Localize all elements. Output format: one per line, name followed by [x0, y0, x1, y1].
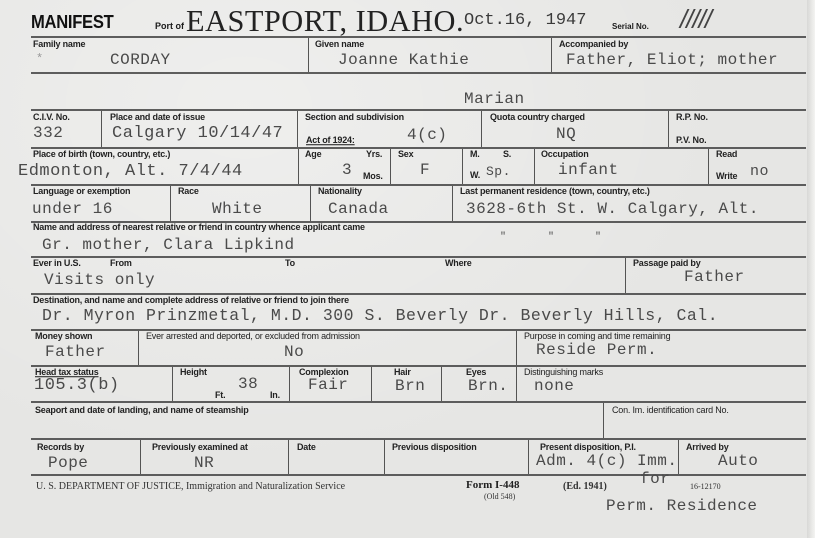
divider [308, 38, 309, 72]
age-label: Age [305, 149, 321, 160]
divider [462, 149, 463, 184]
purpose-value: Reside Perm. [536, 341, 657, 359]
distinguishing-marks-value: none [534, 377, 574, 395]
rp-no-label: R.P. No. [676, 112, 708, 123]
divider [288, 440, 289, 474]
port-value: EASTPORT, IDAHO. [186, 3, 464, 39]
divider [551, 38, 552, 72]
serial-value: ///// [680, 4, 711, 35]
present-disposition-label: Present disposition, P.I. [540, 442, 636, 453]
read-write-value: no [750, 163, 769, 180]
divider [534, 149, 535, 184]
last-residence-label: Last permanent residence (town, country,… [460, 186, 650, 197]
to-label: To [285, 258, 295, 269]
height-label: Height [180, 367, 207, 378]
place-of-birth-label: Place of birth (town, country, etc.) [33, 149, 170, 160]
from-label: From [110, 258, 132, 269]
accompanied-by-continuation: Marian [464, 90, 525, 108]
head-tax-value: 105.3(b) [34, 376, 120, 395]
divider [668, 111, 669, 147]
arrived-by-value: Auto [718, 452, 758, 470]
divider [298, 149, 299, 184]
occupation-value: infant [558, 161, 619, 179]
arrival-date: Oct.16, 1947 [464, 11, 586, 30]
serial-label: Serial No. [612, 22, 649, 31]
hair-label: Hair [394, 367, 411, 378]
form-edition: (Ed. 1941) [563, 481, 607, 492]
con-id-card-label: Con. Im. identification card No. [612, 405, 729, 416]
divider [516, 331, 517, 365]
divider [390, 149, 391, 184]
arrested-value: No [284, 343, 304, 361]
passage-paid-label: Passage paid by [633, 258, 701, 269]
arrested-label: Ever arrested and deported, or excluded … [146, 331, 360, 342]
ditto-mark: " [595, 232, 602, 243]
hair-value: Brn [395, 377, 425, 395]
divider [172, 367, 173, 401]
prev-examined-label: Previously examined at [152, 442, 248, 453]
marital-w-value: W. [470, 170, 480, 181]
manifest-card: MANIFEST Port of EASTPORT, IDAHO. Oct.16… [0, 0, 815, 538]
rule-row11 [31, 474, 806, 476]
ditto-mark: " [500, 232, 507, 243]
language-label: Language or exemption [33, 186, 130, 197]
given-name-label: Given name [315, 39, 364, 50]
form-title: MANIFEST [31, 12, 113, 33]
divider [516, 367, 517, 401]
nationality-label: Nationality [318, 186, 362, 197]
divider [441, 367, 442, 401]
agency-line: U. S. DEPARTMENT OF JUSTICE, Immigration… [36, 481, 345, 492]
where-label: Where [445, 258, 472, 269]
rule-header [31, 36, 806, 38]
prev-disposition-label: Previous disposition [392, 442, 477, 453]
form-old-number: (Old 548) [484, 492, 515, 501]
nationality-value: Canada [328, 200, 389, 218]
distinguishing-marks-label: Distinguishing marks [524, 367, 603, 378]
accompanied-by-label: Accompanied by [559, 39, 628, 50]
section-value: 4(c) [407, 126, 447, 144]
ever-in-us-label: Ever in U.S. [33, 258, 81, 269]
divider [528, 440, 529, 474]
divider [603, 403, 604, 438]
act-1924-label: Act of 1924: [306, 135, 355, 146]
quota-country-label: Quota country charged [490, 112, 585, 123]
destination-value: Dr. Myron Prinzmetal, M.D. 300 S. Beverl… [42, 306, 718, 325]
divider [289, 367, 290, 401]
divider [138, 331, 139, 365]
divider [310, 186, 311, 221]
divider [170, 186, 171, 221]
records-by-value: Pope [48, 454, 88, 472]
ditto-mark: " [548, 232, 555, 243]
print-code: 16-12170 [690, 482, 721, 491]
divider [371, 367, 372, 401]
language-value: under 16 [32, 200, 113, 218]
divider [140, 440, 141, 474]
seaport-label: Seaport and date of landing, and name of… [35, 405, 249, 416]
divider [101, 111, 102, 147]
divider [678, 440, 679, 474]
occupation-label: Occupation [541, 149, 589, 160]
accompanied-by-value: Father, Eliot; mother [566, 51, 778, 69]
marital-m-label: M. [470, 149, 480, 160]
port-label: Port of [155, 21, 184, 31]
money-shown-label: Money shown [35, 331, 92, 342]
rule-row10 [31, 438, 806, 440]
civ-no-value: 332 [33, 124, 63, 142]
place-date-issue-value: Calgary 10/14/47 [112, 124, 283, 143]
age-yrs-label: Yrs. [366, 149, 382, 160]
money-shown-value: Father [45, 343, 106, 361]
rule-row8 [31, 365, 806, 367]
divider [625, 258, 626, 293]
date-label: Date [297, 442, 316, 453]
ever-in-us-value: Visits only [44, 271, 155, 289]
destination-label: Destination, and name and complete addre… [33, 295, 349, 306]
place-of-birth-value: Edmonton, Alt. 7/4/44 [18, 162, 243, 181]
eyes-value: Brn. [468, 377, 508, 395]
race-label: Race [178, 186, 199, 197]
quota-country-value: NQ [556, 125, 576, 143]
typed-perm-residence: Perm. Residence [606, 497, 758, 515]
arrived-by-label: Arrived by [686, 442, 729, 453]
typed-for: for [640, 470, 670, 488]
civ-no-label: C.I.V. No. [33, 112, 70, 123]
section-label: Section and subdivision [305, 112, 404, 123]
nearest-relative-label: Name and address of nearest relative or … [33, 222, 365, 233]
height-ft-label: Ft. [215, 390, 225, 401]
height-value: 38 [238, 375, 258, 393]
present-disposition-value: Adm. 4(c) Imm. [536, 452, 677, 470]
sex-label: Sex [398, 149, 413, 160]
records-by-label: Records by [37, 442, 84, 453]
place-date-issue-label: Place and date of issue [110, 112, 205, 123]
read-label: Read [716, 149, 737, 160]
write-label: Write [716, 171, 737, 182]
family-name-label: Family name [33, 39, 85, 50]
nearest-relative-value: Gr. mother, Clara Lipkind [42, 236, 295, 254]
prev-examined-value: NR [194, 454, 214, 472]
card-edge [807, 0, 815, 538]
rule-row1 [31, 72, 806, 74]
form-number: Form I-448 [466, 479, 519, 491]
marital-s-label: S. [503, 149, 511, 160]
rule-row9 [31, 401, 806, 403]
purpose-label: Purpose in coming and time remaining [524, 331, 670, 342]
divider [452, 186, 453, 221]
divider [708, 149, 709, 184]
last-residence-value: 3628-6th St. W. Calgary, Alt. [466, 200, 759, 218]
age-mos-label: Mos. [363, 171, 383, 182]
passage-paid-value: Father [684, 268, 745, 286]
divider [481, 111, 482, 147]
complexion-value: Fair [308, 376, 348, 394]
eyes-label: Eyes [466, 367, 486, 378]
age-value: 3 [342, 161, 352, 179]
family-name-value: CORDAY [110, 51, 171, 69]
race-value: White [212, 200, 263, 218]
pv-no-label: P.V. No. [676, 135, 706, 146]
marital-s-value: Sp. [486, 164, 511, 179]
given-name-value: Joanne Kathie [338, 51, 469, 69]
sex-value: F [420, 161, 430, 179]
divider [297, 111, 298, 147]
divider [384, 440, 385, 474]
rule-row1b [31, 109, 806, 111]
height-in-label: In. [270, 390, 280, 401]
rule-row3 [31, 184, 806, 186]
family-name-mark: * [36, 52, 44, 66]
